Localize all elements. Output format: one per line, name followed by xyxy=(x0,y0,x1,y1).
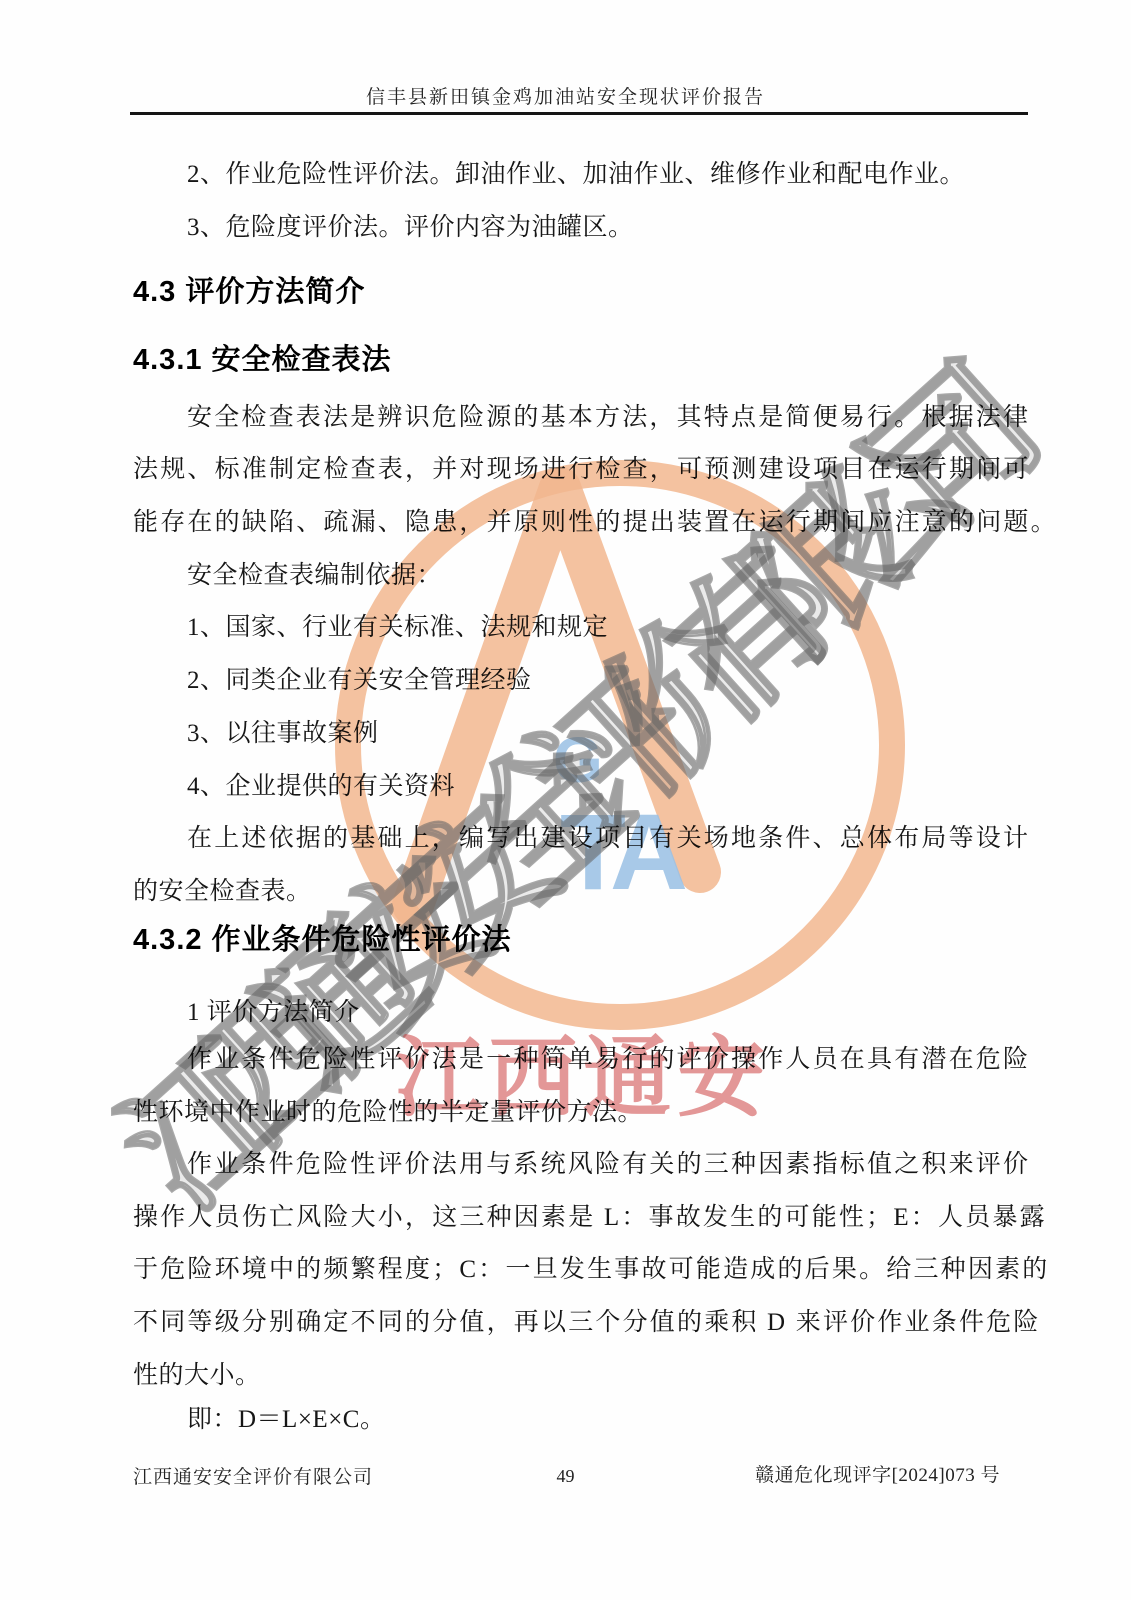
body-line: 不同等级分别确定不同的分值，再以三个分值的乘积 D 来评价作业条件危险 xyxy=(133,1308,1041,1338)
list-item: 4、企业提供的有关资料 xyxy=(187,772,455,802)
body-line: 作业条件危险性评价法用与系统风险有关的三种因素指标值之积来评价 xyxy=(187,1150,1030,1180)
body-line: 于危险环境中的频繁程度；C：一旦发生事故可能造成的后果。给三种因素的 xyxy=(133,1255,1049,1285)
section-heading-4-3-2: 4.3.2 作业条件危险性评价法 xyxy=(133,925,512,955)
list-item: 3、以往事故案例 xyxy=(187,719,379,749)
report-page: 信丰县新田镇金鸡加油站安全现状评价报告 2、作业危险性评价法。卸油作业、加油作业… xyxy=(0,0,1131,1600)
body-line: 作业条件危险性评价法是一种简单易行的评价操作人员在具有潜在危险 xyxy=(187,1045,1030,1075)
body-line: 3、危险度评价法。评价内容为油罐区。 xyxy=(187,213,634,243)
body-line: 在上述依据的基础上，编写出建设项目有关场地条件、总体布局等设计 xyxy=(187,824,1030,854)
section-heading-4-3: 4.3 评价方法简介 xyxy=(133,277,365,307)
body-line: 性环境中作业时的危险性的半定量评价方法。 xyxy=(133,1098,643,1128)
body-line: 2、作业危险性评价法。卸油作业、加油作业、维修作业和配电作业。 xyxy=(187,160,965,190)
body-line: 操作人员伤亡风险大小，这三种因素是 L：事故发生的可能性；E：人员暴露 xyxy=(133,1203,1047,1233)
header-divider xyxy=(130,112,1028,115)
page-header-title: 信丰县新田镇金鸡加油站安全现状评价报告 xyxy=(0,82,1131,109)
body-line: 能存在的缺陷、疏漏、隐患，并原则性的提出装置在运行期间应注意的问题。 xyxy=(133,508,1058,538)
body-line: 性的大小。 xyxy=(133,1361,261,1391)
footer-doc-number: 赣通危化现评字[2024]073 号 xyxy=(755,1460,1000,1487)
logo-monogram-top: G xyxy=(553,728,603,792)
list-item: 2、同类企业有关安全管理经验 xyxy=(187,666,532,696)
section-heading-4-3-1: 4.3.1 安全检查表法 xyxy=(133,345,392,375)
body-line: 安全检查表法是辨识危险源的基本方法，其特点是简便易行。根据法律 xyxy=(187,403,1030,433)
body-line: 安全检查表编制依据： xyxy=(187,561,442,591)
list-item: 1、国家、行业有关标准、法规和规定 xyxy=(187,613,608,643)
formula-line: 即：D＝L×E×C。 xyxy=(187,1405,385,1435)
body-line: 1 评价方法简介 xyxy=(187,998,360,1028)
body-line: 的安全检查表。 xyxy=(133,877,312,907)
body-line: 法规、标准制定检查表，并对现场进行检查，可预测建设项目在运行期间可 xyxy=(133,455,1031,485)
